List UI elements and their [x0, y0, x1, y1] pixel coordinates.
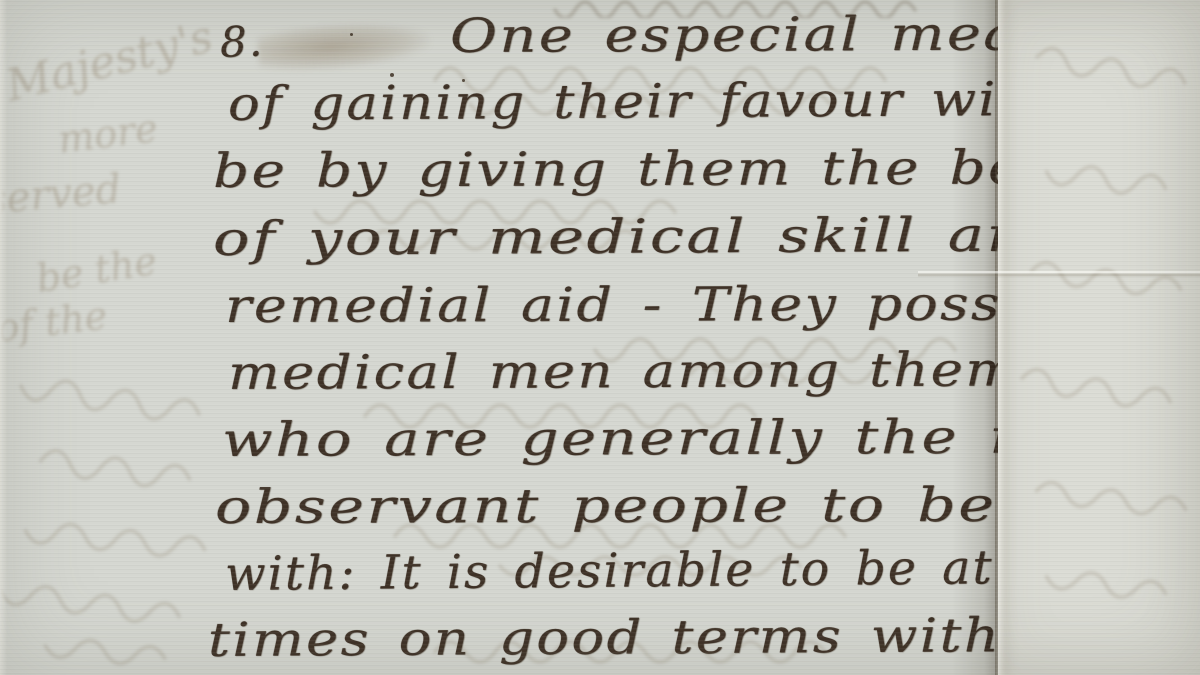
page-number: 8. [219, 8, 265, 75]
manuscript-photo: Majesty's more served be the of the 8. O… [0, 0, 1200, 675]
ink-smudge [257, 18, 432, 74]
paper-left-edge [0, 0, 7, 675]
ink-speck [350, 33, 353, 36]
showthrough-text: Majesty's [1, 11, 218, 111]
showthrough-squiggle [1006, 30, 1196, 630]
ink-speck [390, 73, 394, 77]
adjacent-page-edge [998, 0, 1200, 675]
manuscript-line: of gaining their favour will [228, 67, 1036, 138]
manuscript-line: of your medical skill and [213, 202, 1070, 273]
ink-speck [462, 79, 465, 82]
showthrough-text: served [0, 166, 123, 224]
page-fold-shadow [952, 0, 998, 675]
showthrough-text: more [56, 106, 160, 162]
showthrough-squiggle [0, 360, 210, 670]
manuscript-line: with: It is desirable to be at a [225, 535, 1049, 608]
showthrough-text: of the [0, 293, 110, 350]
showthrough-text: be the [33, 239, 160, 301]
